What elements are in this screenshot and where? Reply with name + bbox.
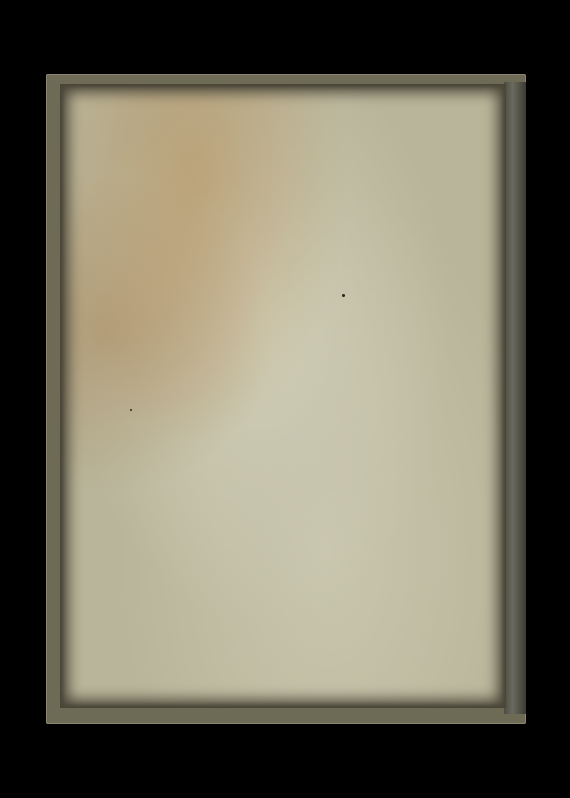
- plate-glass-edge: [504, 82, 526, 714]
- dust-spot: [130, 409, 132, 411]
- plate-surface: [60, 84, 506, 708]
- photographic-plate: [46, 74, 526, 724]
- dust-spot: [342, 294, 345, 297]
